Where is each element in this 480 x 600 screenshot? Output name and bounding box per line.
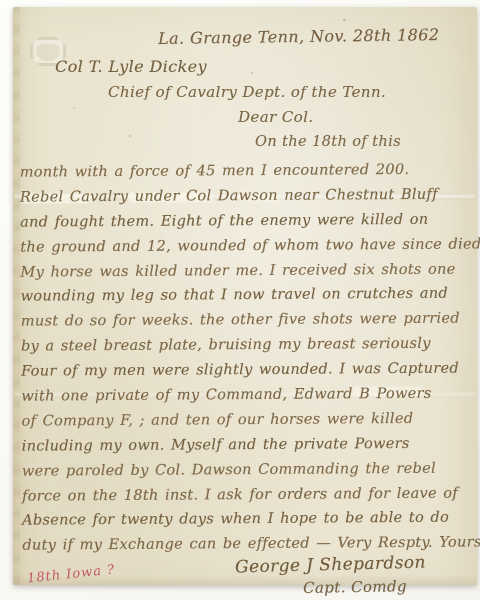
salutation: Dear Col. — [238, 108, 313, 126]
body-line: My horse was killed under me. I received… — [20, 257, 472, 285]
body-line: force on the 18th inst. I ask for orders… — [22, 481, 474, 509]
body-line: with one private of my Command, Edward B… — [21, 381, 473, 409]
ink-speck — [251, 72, 253, 74]
body-line: including my own. Myself and the private… — [22, 431, 474, 459]
body-line: must do so for weeks. the other five sho… — [21, 307, 473, 335]
recipient-name: Col T. Lyle Dickey — [55, 57, 207, 76]
body-line: of Company F, ; and ten of our horses we… — [21, 406, 473, 434]
body-line: the ground and 12, wounded of whom two h… — [20, 232, 472, 260]
body-line: Absence for twenty days when I hope to b… — [22, 506, 474, 534]
signature-title: Capt. Comdg — [303, 577, 407, 597]
body-line: Four of my men were slightly wounded. I … — [21, 357, 473, 385]
scanned-letter-image: La. Grange Tenn, Nov. 28th 1862 Col T. L… — [0, 0, 480, 600]
collector-red-pencil-annotation: 18th Iowa ? — [26, 562, 115, 586]
body-line: by a steel breast plate, bruising my bre… — [21, 332, 473, 360]
letter-paper: La. Grange Tenn, Nov. 28th 1862 Col T. L… — [13, 7, 477, 585]
body-line: were paroled by Col. Dawson Commanding t… — [22, 456, 474, 484]
body-line: wounding my leg so that I now travel on … — [20, 282, 472, 310]
recipient-title: Chief of Cavalry Dept. of the Tenn. — [108, 83, 386, 101]
body-line: Rebel Cavalry under Col Dawson near Ches… — [20, 182, 472, 210]
letter-dateline: La. Grange Tenn, Nov. 28th 1862 — [158, 25, 440, 48]
letter-body: month with a force of 45 men I encounter… — [20, 157, 475, 558]
ink-speck — [343, 19, 346, 21]
body-opening-line: On the 18th of this — [255, 134, 401, 150]
signature-name: George J Shepardson — [235, 553, 426, 578]
body-line: and fought them. Eight of the enemy were… — [20, 207, 472, 235]
body-line: month with a force of 45 men I encounter… — [20, 157, 472, 185]
ink-speck — [73, 107, 75, 109]
ink-speck — [129, 135, 131, 137]
